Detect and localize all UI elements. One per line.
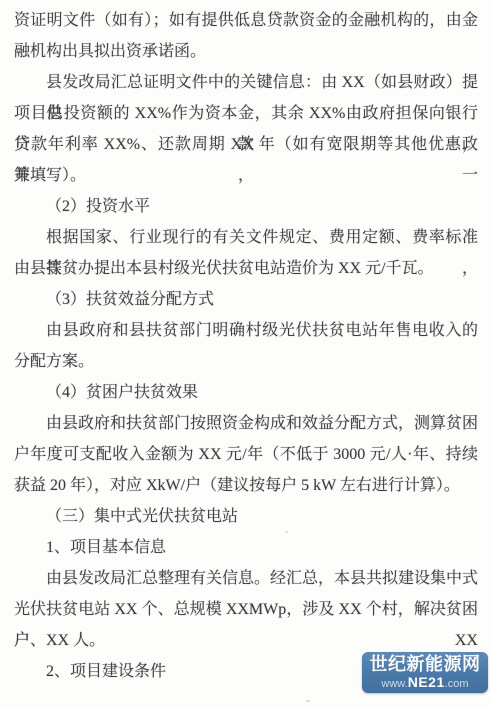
document-line: 由县政府和县扶贫部门明确村级光伏扶贫电站年售电收入的 [14,315,478,346]
document-line: 由县政府和扶贫部门按照资金构成和效益分配方式，测算贫困 [14,408,478,439]
document-line: 项目总投资额的 XX%作为资本金，其余 XX%由政府担保向银行贷款， [14,98,478,129]
document-heading: （3）扶贫效益分配方式 [14,284,478,315]
scan-speck [306,700,310,702]
document-line: 县发改局汇总证明文件中的关键信息：由 XX（如县财政）提供 [14,67,478,98]
document-page: 资证明文件（如有）；如有提供低息贷款资金的金融机构的，由金 融机构出具拟出资承诺… [0,0,491,707]
document-line: 光伏扶贫电站 XX 个、总规模 XXMWp，涉及 XX 个村，解决贫困户 XX [14,594,478,625]
watermark-url-suffix: .com [445,678,469,690]
document-line: 由县发改局汇总整理有关信息。经汇总，本县共拟建设集中式 [14,563,478,594]
document-line: 融机构出具拟出资承诺函。 [14,36,478,67]
watermark-url-prefix: www. [381,678,407,690]
document-line: 资证明文件（如有）；如有提供低息贷款资金的金融机构的，由金 [14,5,478,36]
document-line: 获益 20 年），对应 XkW/户（建议按每户 5 kW 左右进行计算）。 [14,470,478,501]
document-line: 分配方案。 [14,346,478,377]
watermark-site-name: 世纪新能源网 [362,654,488,675]
document-body: 资证明文件（如有）；如有提供低息贷款资金的金融机构的，由金 融机构出具拟出资承诺… [14,5,478,687]
scan-speck [247,575,249,577]
document-heading: 1、项目基本信息 [14,532,478,563]
document-heading: （三）集中式光伏扶贫电站 [14,501,478,532]
watermark-site-url: www.NE21.com [362,675,488,692]
document-line: 根据国家、行业现行的有关文件规定、费用定额、费率标准等， [14,222,478,253]
document-line: 由县扶贫办提出本县村级光伏扶贫电站造价为 XX 元/千瓦。 [14,253,478,284]
ne21-watermark-logo: 世纪新能源网 www.NE21.com [362,652,488,693]
watermark-url-brand: NE21 [408,674,445,690]
document-heading: （4）贫困户扶贫效果 [14,377,478,408]
document-line: 户年度可支配收入金额为 XX 元/年（不低于 3000 元/人·年、持续 [14,439,478,470]
document-heading: （2）投资水平 [14,191,478,222]
scan-speck [285,531,288,533]
document-line: 贷款年利率 XX%、还款周期 XX 年（如有宽限期等其他优惠政策，一 [14,129,478,160]
